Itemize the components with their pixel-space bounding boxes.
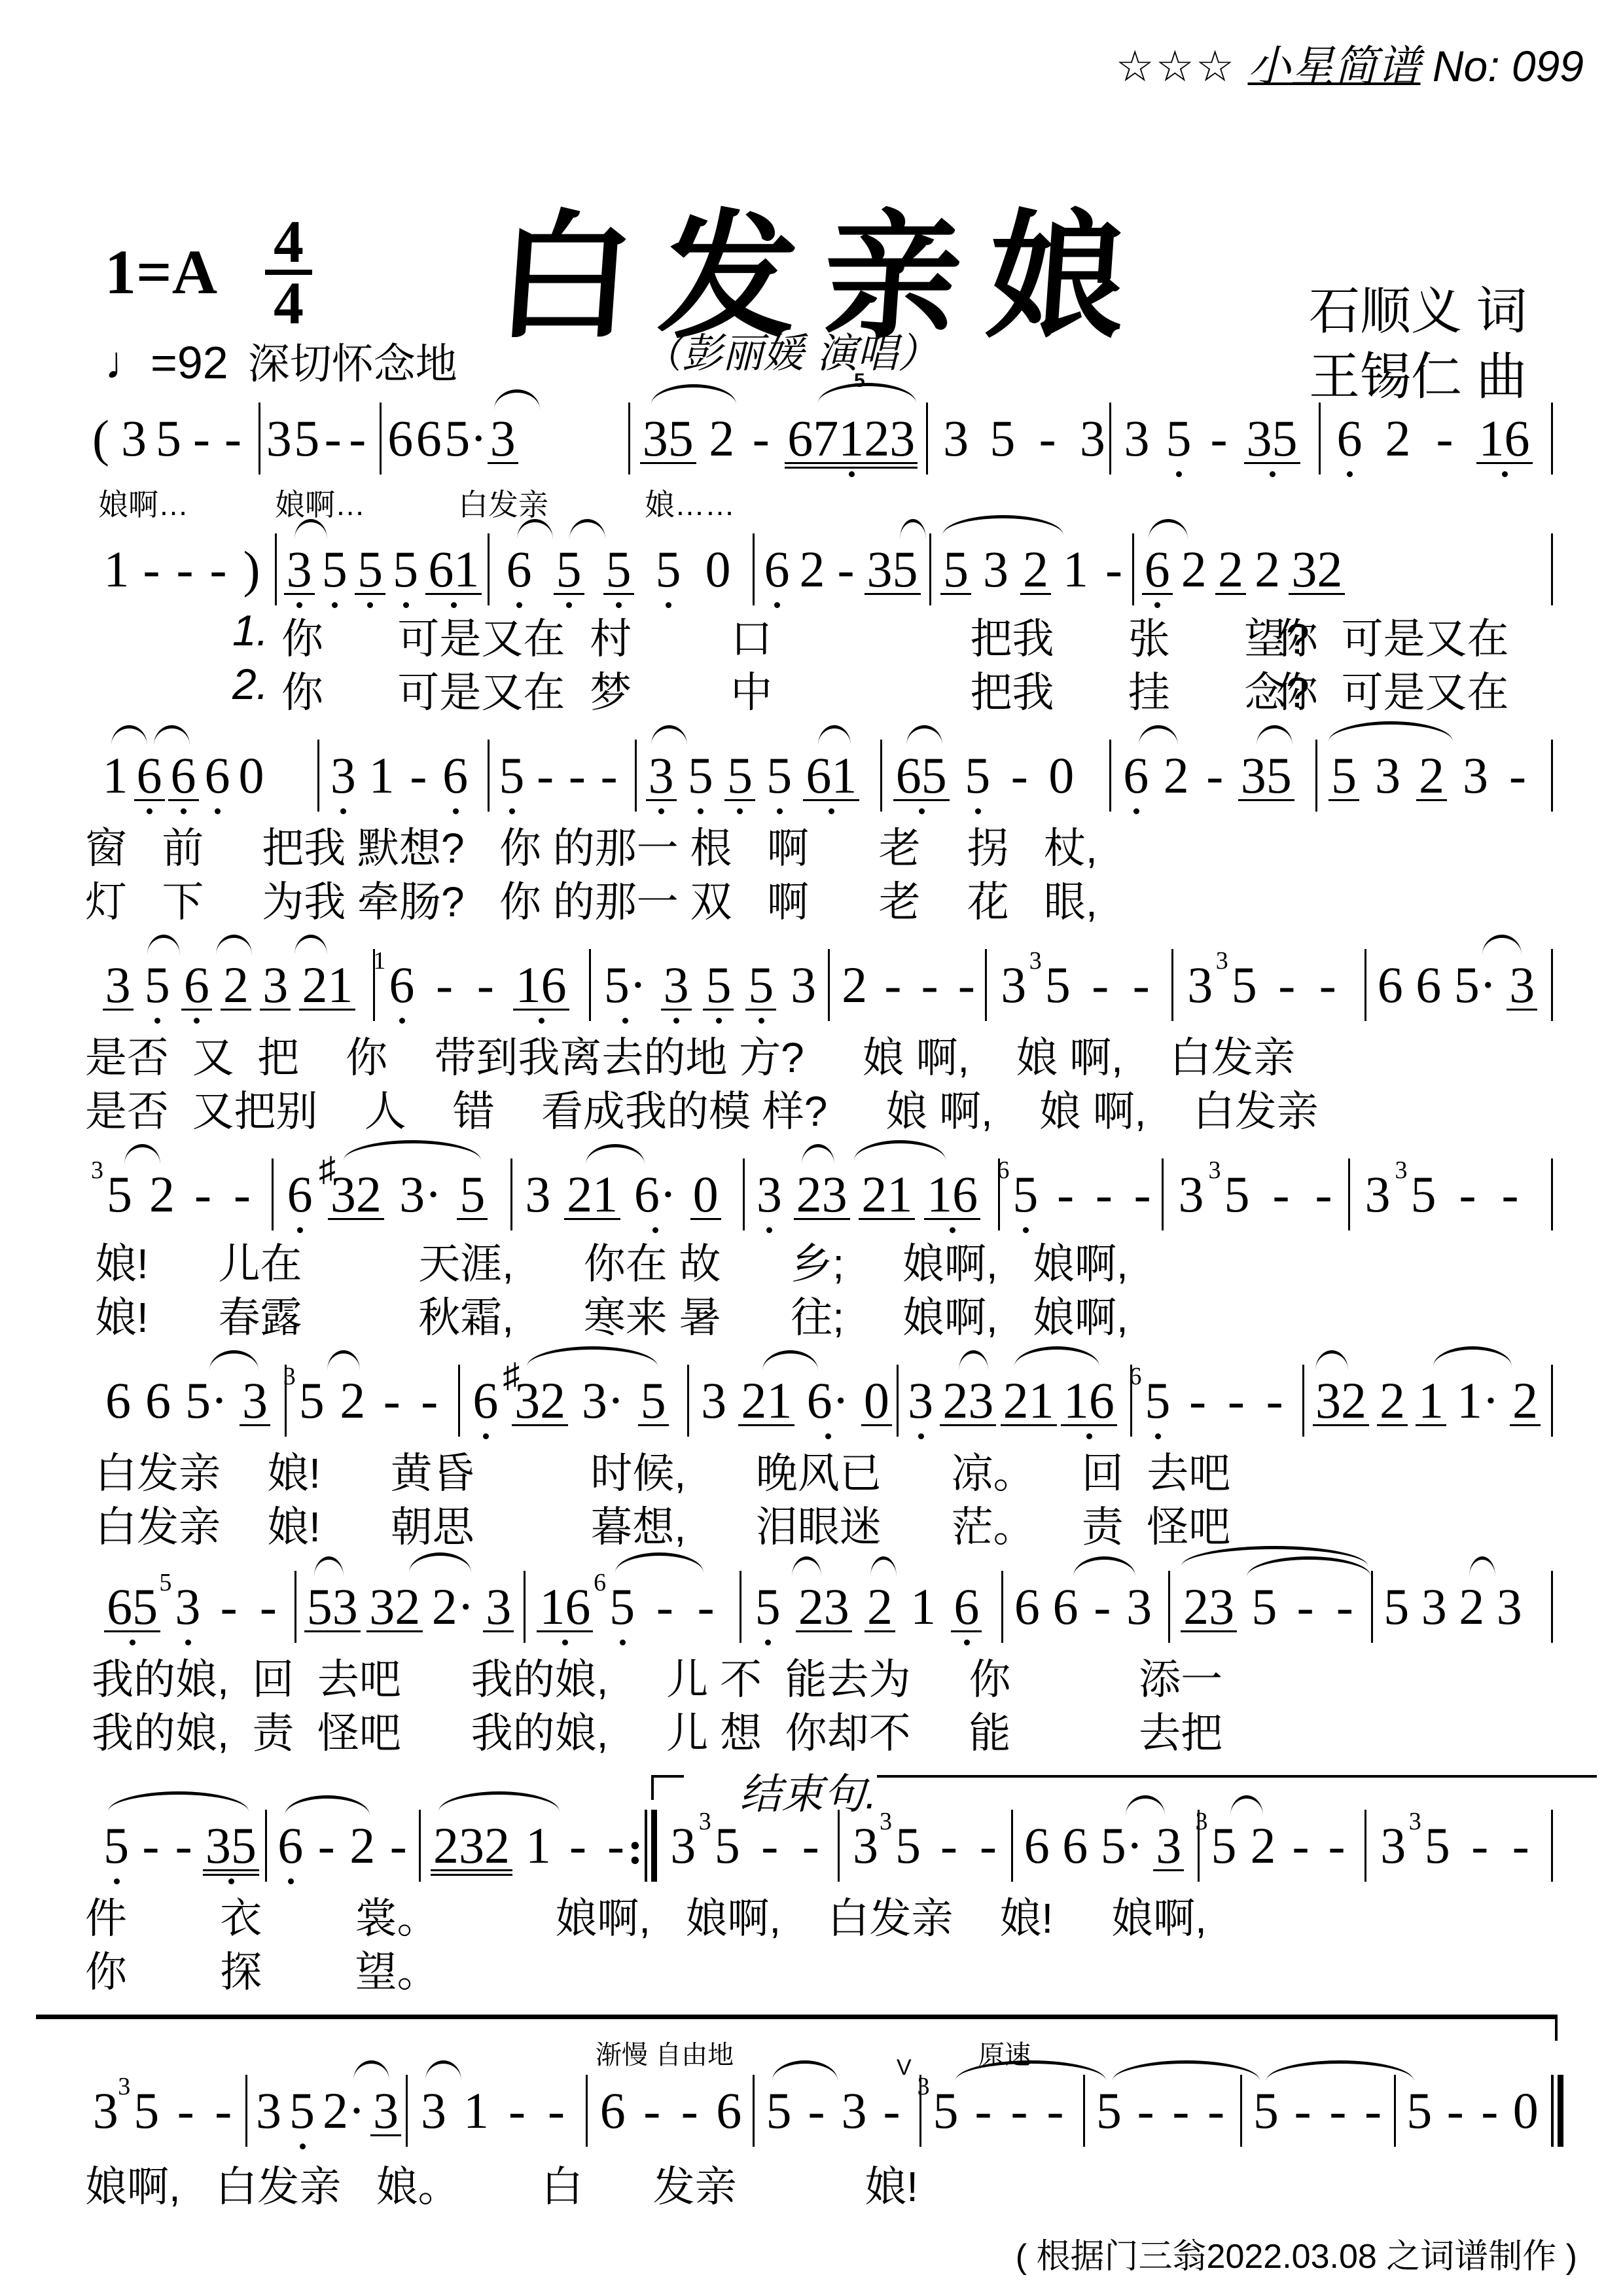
- measure: 3562321: [98, 949, 360, 1021]
- measure: 622232: [1139, 533, 1348, 605]
- measure: 35-3: [933, 403, 1116, 475]
- measure: 53322·3: [301, 1571, 517, 1643]
- time-sig-bottom: 4: [265, 276, 312, 330]
- measure: 665·3: [98, 1365, 275, 1437]
- measure: 2---: [834, 949, 985, 1021]
- measure: 35--: [265, 403, 370, 475]
- tempo-marking: ♩=92深切怀念地: [105, 331, 457, 391]
- measure: 3232116: [749, 1158, 985, 1230]
- time-signature: 4 4: [265, 215, 312, 330]
- measure: 31--: [412, 2075, 576, 2147]
- coda-bracket: [1555, 2015, 1558, 2041]
- measure: 35-35: [1116, 403, 1306, 475]
- measure: 63♯23·5: [278, 1158, 494, 1230]
- measure: 665·3: [386, 403, 517, 475]
- measure: 16--16: [380, 949, 576, 1021]
- measure: (35--: [85, 403, 249, 475]
- measure: 32211·2: [1309, 1365, 1544, 1437]
- lyric-line-verse-1: 窗 前 把我 默想? 你 的那一 根 啊 老 拐 杖,: [85, 815, 1097, 875]
- lyric-line-verse-2: 你 可是又在 梦 中 把我 挂 念?: [281, 659, 1310, 719]
- measure: 62-35: [759, 533, 923, 605]
- measure: 31-6: [324, 740, 474, 812]
- lyric-line-verse-1: 件 衣 裳。 娘啊, 娘啊, 白发亲 娘! 娘啊,: [85, 1885, 1207, 1945]
- lyric: 娘……: [645, 481, 735, 524]
- measure: 1665--: [530, 1571, 726, 1643]
- measure: 5321-: [936, 533, 1132, 605]
- tempo-value: ♩=92: [105, 337, 228, 388]
- measure: 335--: [1355, 1158, 1531, 1230]
- lyric: 白发亲: [458, 481, 548, 524]
- verse-1-label: 1.: [232, 605, 268, 655]
- measure: 665·3: [1371, 949, 1541, 1021]
- measure: 3216·0: [694, 1365, 897, 1437]
- ending-line: [651, 1775, 684, 1778]
- measure: 235--: [1175, 1571, 1364, 1643]
- measure: 355561: [281, 533, 484, 605]
- singer-credit: （彭丽媛 演唱）: [641, 321, 938, 379]
- measure: 5--35: [98, 1810, 262, 1882]
- measure: 65---: [1005, 1158, 1162, 1230]
- measure: 6-2-: [272, 1810, 416, 1882]
- coda-line: [36, 2015, 1558, 2019]
- measure: 5---: [1090, 2075, 1234, 2147]
- lyric-line-verse-1: 娘! 儿在 天涯, 你在 故 乡; 娘啊, 娘啊,: [95, 1230, 1128, 1291]
- lyric-line-verse-2: 娘! 春露 秋霜, 寒来 暑 往; 娘啊, 娘啊,: [95, 1284, 1128, 1344]
- measure: 1---): [98, 533, 268, 605]
- measure: 352·3: [252, 2075, 402, 2147]
- composer: 王锡仁 曲: [1309, 344, 1527, 409]
- measure: 352--: [291, 1365, 448, 1437]
- measure: 16660: [98, 740, 268, 812]
- lyric-line-verse-2: 白发亲 娘! 朝思 暮想, 泪眼迷 茫。 责 怪吧: [95, 1494, 1230, 1554]
- measure: 3232116: [903, 1365, 1119, 1437]
- verse-2-label: 2.: [232, 659, 268, 709]
- measure: 6--6: [592, 2075, 749, 2147]
- rit-marking: 渐慢 自由地: [596, 2034, 734, 2072]
- measure: 352--: [98, 1158, 262, 1230]
- measure: 5--0: [1400, 2075, 1544, 2147]
- lyric-line-verse-2: 我的娘, 责 怪吧 我的娘, 儿 想 你却不 能 去把: [92, 1700, 1222, 1760]
- lyric: 娘啊…: [275, 481, 365, 524]
- measure: 335--: [844, 1810, 1008, 1882]
- ending-bracket: [651, 1775, 654, 1800]
- measure: 63♯23·5: [465, 1365, 674, 1437]
- score-brand: ☆☆☆ 小星简谱 No: 099: [1116, 31, 1584, 94]
- brand-name[interactable]: 小星简谱: [1247, 42, 1420, 90]
- footer-credit: ( 根据门三翁2022.03.08 之词谱制作 ): [1016, 2229, 1577, 2278]
- time-sig-top: 4: [265, 215, 312, 268]
- lyric: 你 可是又在: [1276, 605, 1509, 666]
- final-barline: [1551, 2075, 1563, 2147]
- mood-marking: 深切怀念地: [248, 340, 457, 387]
- measure: 5---: [494, 740, 625, 812]
- measure: 335--: [85, 2075, 242, 2147]
- lyric-line-verse-2: 是否 又把别 人 错 看成我的模 样? 娘 啊, 娘 啊, 白发亲: [85, 1078, 1319, 1138]
- lyricist: 石顺义 词: [1309, 278, 1527, 344]
- lyric-line-verse-2: 灯 下 为我 牵肠? 你 的那一 双 啊 老 花 眼,: [85, 869, 1097, 929]
- breath-mark: V: [897, 2055, 912, 2081]
- measure: 3216·0: [517, 1158, 726, 1230]
- measure: 335--: [991, 949, 1162, 1021]
- lyric-line: 娘啊, 白发亲 娘。 白 发亲 娘!: [85, 2153, 918, 2214]
- repeat-barline: [645, 1810, 657, 1882]
- measure: 2321--: [425, 1810, 635, 1882]
- measure: 523216: [746, 1571, 988, 1643]
- measure: 352-67123: [635, 403, 923, 475]
- measure: 5-3-: [759, 2075, 910, 2147]
- measure: 6553--: [98, 1571, 288, 1643]
- measure: 665·3: [1018, 1810, 1188, 1882]
- measure: 5323: [1378, 1571, 1528, 1643]
- measure: 35---: [926, 2075, 1073, 2147]
- measure: 65---: [1137, 1365, 1294, 1437]
- measure: 355561: [641, 740, 864, 812]
- measure: 335--: [661, 1810, 831, 1882]
- measure: 5323-: [1322, 740, 1538, 812]
- measure: 335--: [1178, 949, 1348, 1021]
- measure: 66-3: [1008, 1571, 1158, 1643]
- measure: 335--: [1168, 1158, 1345, 1230]
- lyric-line-verse-2: 你 探 望。: [85, 1939, 439, 1999]
- lyric-line-verse-1: 你 可是又在 村 口 把我 张 望?: [281, 605, 1310, 666]
- lyric-line-verse-1: 是否 又 把 你 带到我离去的地 方? 娘 啊, 娘 啊, 白发亲: [85, 1024, 1295, 1085]
- key-signature: 1=A: [105, 236, 217, 308]
- credits: 石顺义 词 王锡仁 曲: [1309, 278, 1527, 409]
- measure: 655-0: [887, 740, 1083, 812]
- lyric: 你 可是又在: [1276, 659, 1509, 719]
- measure: 62-16: [1325, 403, 1541, 475]
- lyric: 娘啊…: [98, 481, 188, 524]
- measure: 5·3553: [596, 949, 825, 1021]
- measure: 335--: [1371, 1810, 1541, 1882]
- measure: 65550: [494, 533, 743, 605]
- star-icons: ☆☆☆: [1116, 42, 1236, 90]
- lyric-line-verse-1: 白发亲 娘! 黄昏 时候, 晚风已 凉。 回 去吧: [95, 1440, 1230, 1500]
- measure: 62-35: [1116, 740, 1299, 812]
- measure: 352--: [1204, 1810, 1355, 1882]
- measure: 5---: [1247, 2075, 1391, 2147]
- ending-line: [877, 1775, 1597, 1778]
- score-number: No: 099: [1433, 42, 1584, 90]
- lyric-line-verse-1: 我的娘, 回 去吧 我的娘, 儿 不 能去为 你 添一: [92, 1646, 1222, 1706]
